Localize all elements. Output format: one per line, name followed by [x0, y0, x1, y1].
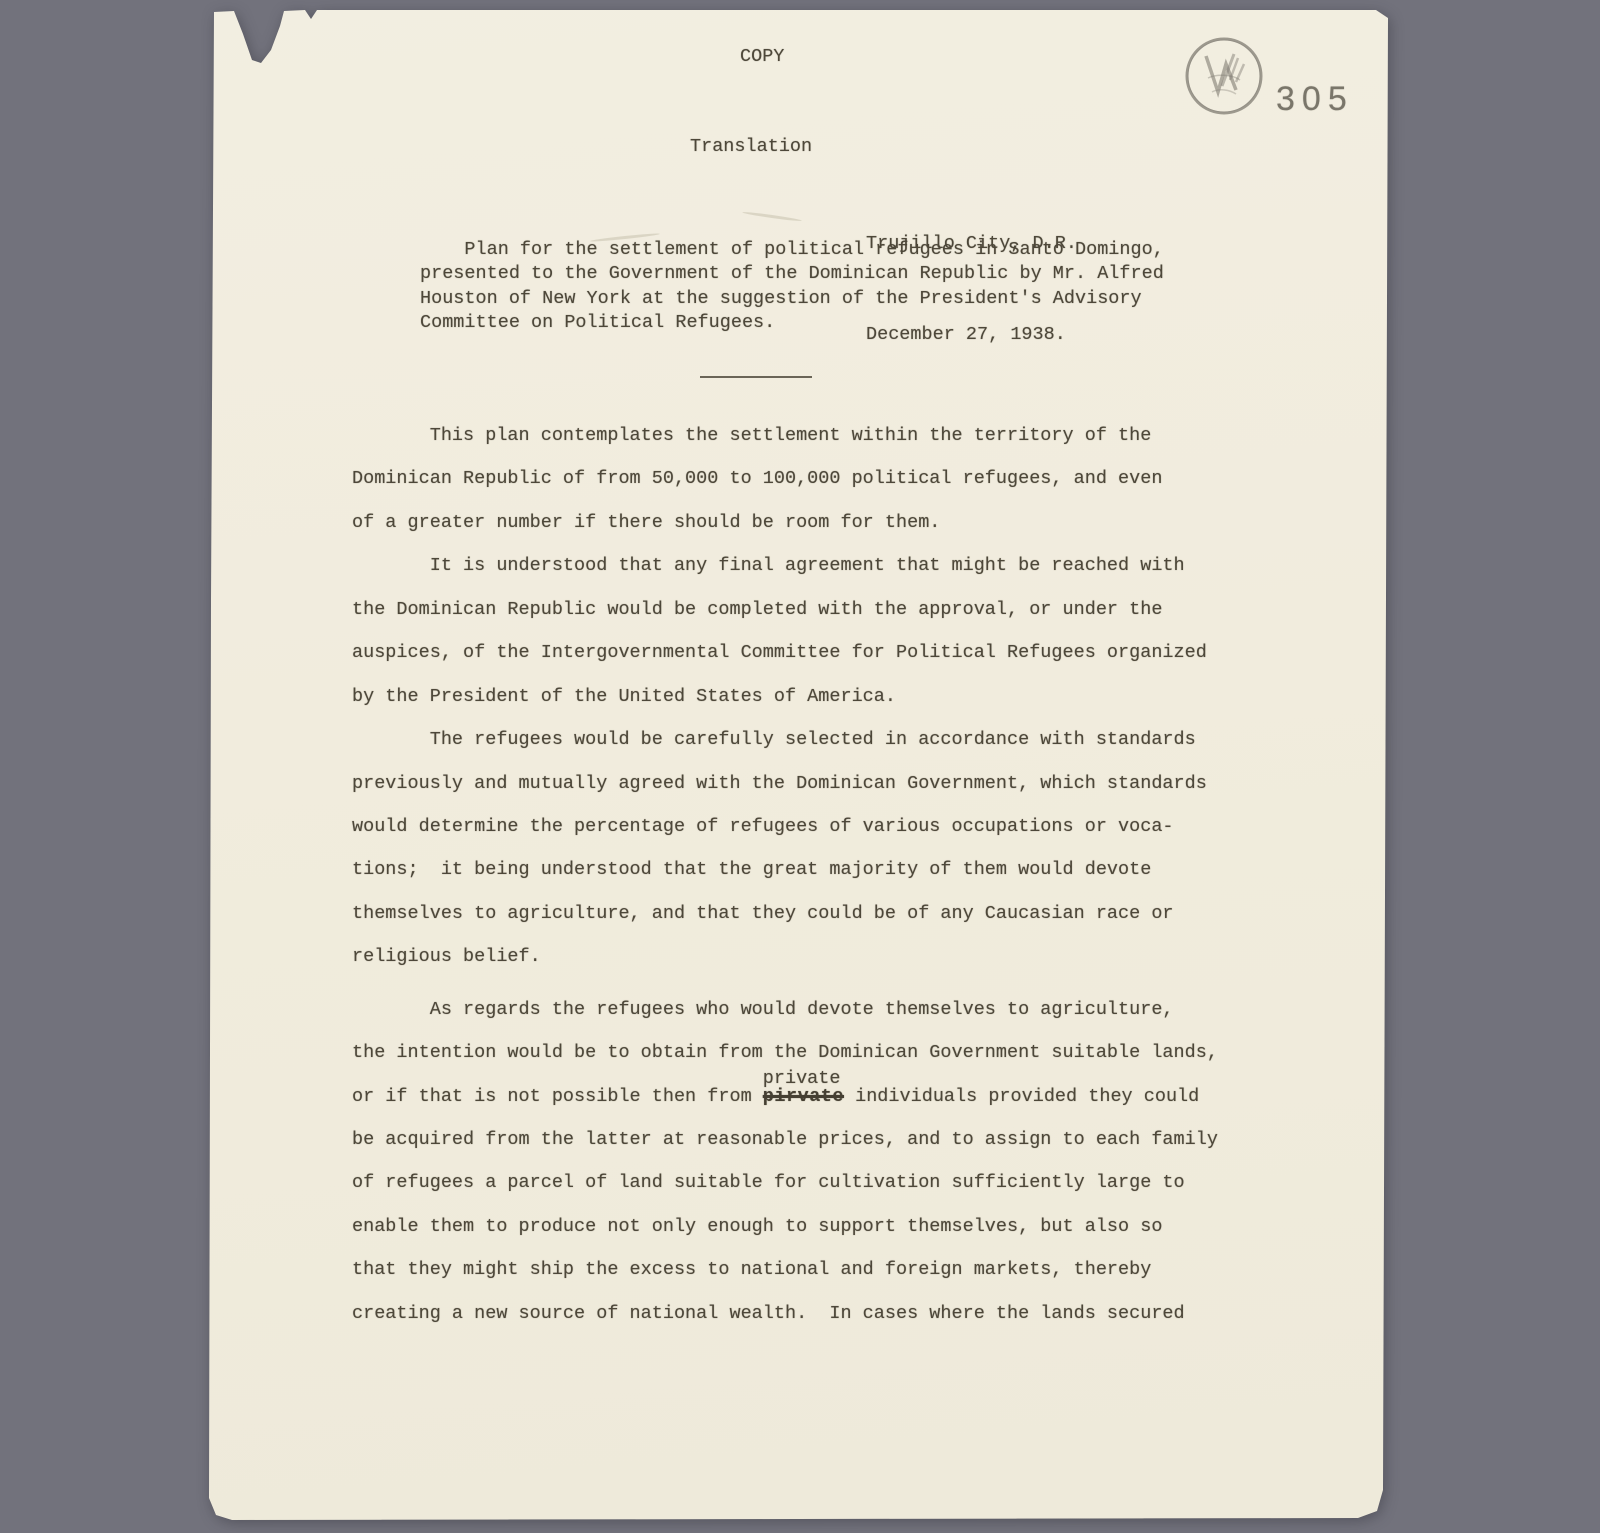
- circular-ink-stamp-icon: [1178, 30, 1270, 122]
- text-line: of a greater number if there should be r…: [352, 501, 1218, 544]
- text-segment: private: [352, 1068, 840, 1089]
- document-body: This plan contemplates the settlement wi…: [352, 414, 1218, 1335]
- text-line: enable them to produce not only enough t…: [352, 1205, 1218, 1248]
- text-segment: As regards the refugees who would devote…: [352, 999, 1174, 1020]
- text-segment: enable them to produce not only enough t…: [352, 1216, 1162, 1237]
- text-line: This plan contemplates the settlement wi…: [352, 414, 1218, 457]
- text-segment: the intention would be to obtain from th…: [352, 1042, 1218, 1063]
- paragraph: It is understood that any final agreemen…: [352, 544, 1218, 718]
- text-line: the Dominican Republic would be complete…: [352, 588, 1218, 631]
- text-segment: tions; it being understood that the grea…: [352, 859, 1151, 880]
- text-segment: of refugees a parcel of land suitable fo…: [352, 1172, 1185, 1193]
- paragraph: As regards the refugees who would devote…: [352, 988, 1218, 1336]
- text-line: themselves to agriculture, and that they…: [352, 892, 1218, 935]
- text-line: creating a new source of national wealth…: [352, 1292, 1218, 1335]
- text-line: auspices, of the Intergovernmental Commi…: [352, 631, 1218, 674]
- copy-label: COPY: [740, 46, 784, 68]
- text-line: The refugees would be carefully selected…: [352, 718, 1218, 761]
- text-line: As regards the refugees who would devote…: [352, 988, 1218, 1031]
- heading-line: Plan for the settlement of political ref…: [420, 238, 1164, 262]
- text-segment: that they might ship the excess to natio…: [352, 1259, 1151, 1280]
- section-divider-rule: [700, 376, 812, 378]
- paragraph: This plan contemplates the settlement wi…: [352, 414, 1218, 544]
- text-segment: by the President of the United States of…: [352, 686, 896, 707]
- text-line: tions; it being understood that the grea…: [352, 848, 1218, 891]
- text-line: that they might ship the excess to natio…: [352, 1248, 1218, 1291]
- text-segment: religious belief.: [352, 946, 541, 967]
- text-segment: would determine the percentage of refuge…: [352, 816, 1174, 837]
- text-line: Dominican Republic of from 50,000 to 100…: [352, 457, 1218, 500]
- heading-line: Committee on Political Refugees.: [420, 311, 1164, 335]
- text-segment: The refugees would be carefully selected…: [352, 729, 1196, 750]
- text-segment: previously and mutually agreed with the …: [352, 773, 1207, 794]
- heading-line: presented to the Government of the Domin…: [420, 262, 1164, 286]
- text-segment: themselves to agriculture, and that they…: [352, 903, 1174, 924]
- text-segment: It is understood that any final agreemen…: [352, 555, 1185, 576]
- translation-label: Translation: [690, 136, 812, 158]
- paragraph: The refugees would be carefully selected…: [352, 718, 1218, 979]
- text-segment: This plan contemplates the settlement wi…: [352, 425, 1151, 446]
- text-segment: the Dominican Republic would be complete…: [352, 599, 1162, 620]
- text-segment: individuals provided they could: [844, 1086, 1199, 1107]
- document-scan: COPY 305 Translation Trujillo City, D.R.…: [0, 0, 1600, 1533]
- text-line: religious belief.: [352, 935, 1218, 978]
- paper-crease: [742, 211, 802, 222]
- text-segment: creating a new source of national wealth…: [352, 1303, 1185, 1324]
- text-line: be acquired from the latter at reasonabl…: [352, 1118, 1218, 1161]
- text-segment: of a greater number if there should be r…: [352, 512, 940, 533]
- text-line: of refugees a parcel of land suitable fo…: [352, 1161, 1218, 1204]
- text-segment: be acquired from the latter at reasonabl…: [352, 1129, 1218, 1150]
- heading-line: Houston of New York at the suggestion of…: [420, 287, 1164, 311]
- text-line: by the President of the United States of…: [352, 675, 1218, 718]
- document-heading: Plan for the settlement of political ref…: [420, 238, 1164, 335]
- text-line: would determine the percentage of refuge…: [352, 805, 1218, 848]
- text-segment: auspices, of the Intergovernmental Commi…: [352, 642, 1207, 663]
- text-line: It is understood that any final agreemen…: [352, 544, 1218, 587]
- text-line: previously and mutually agreed with the …: [352, 762, 1218, 805]
- text-segment: Dominican Republic of from 50,000 to 100…: [352, 468, 1162, 489]
- page-number-stamp: 305: [1276, 80, 1354, 119]
